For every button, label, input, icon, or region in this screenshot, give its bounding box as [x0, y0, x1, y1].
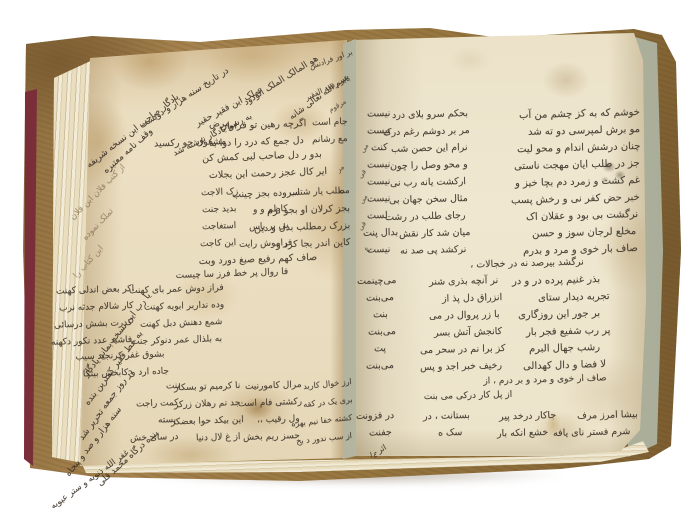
manuscript-line: نرکشد پی صد نه — [400, 245, 467, 256]
manuscript-line: و محو وصل را چون — [390, 160, 468, 172]
manuscript-line: ارکشت یانه رب نی — [390, 177, 466, 188]
manuscript-line: نرگشد بیرصد نه در خجالات ، — [470, 258, 584, 270]
manuscript-line: رخیف خبر اجد و پس — [420, 361, 502, 373]
manuscript-line: بر جور این روزگاری — [518, 309, 600, 321]
manuscript-line: کنت — [371, 143, 388, 153]
manuscript-line: کانجش آتش بسر — [434, 327, 502, 338]
manuscript-line: می‌چینمت — [356, 276, 396, 287]
manuscript-line: مخلع لرجان سوز و حسن — [532, 227, 636, 240]
manuscript-line: مو برش لمپرسی دو ته شد — [528, 125, 640, 138]
manuscript-line: نرام این حصن شب — [391, 143, 468, 155]
manuscript-line: صاف بار خوی و مرد و بدرم — [523, 244, 638, 257]
manuscript-line: لا فضا و دال کهدالی — [523, 360, 606, 372]
manuscript-line: بنت — [373, 310, 388, 320]
photo-stage: یادگار صاحب این نسخه شریفهدر تاریخ سنه ه… — [0, 0, 700, 517]
manuscript-line: نیست — [367, 126, 391, 136]
manuscript-line: تجربه دیدار ستای — [538, 292, 610, 304]
manuscript-line: مر بر دوشم رغم درک — [383, 126, 470, 138]
manuscript-line: خبر حض کفر نی و رخش پسب — [511, 193, 640, 206]
manuscript-line: بذر غنیم پرده در و در — [512, 275, 600, 287]
manuscript-line: می‌بنت — [366, 361, 394, 371]
manuscript-line: کز برا نم در سحر می — [420, 344, 506, 356]
manuscript-line: می‌بنت — [368, 327, 396, 337]
manuscript-line: جفنت — [369, 428, 392, 438]
right-page-text: خوشم که به کز چشم من آببحکم سرو بلای درد… — [0, 0, 700, 517]
manuscript-line: نیست — [367, 194, 391, 204]
manuscript-line: غم کشت و زمرد دم بچا خیز و — [515, 176, 640, 189]
manuscript-line: ١٤ — [369, 451, 378, 459]
manuscript-line: نر آنچه بذری شنر — [429, 276, 498, 287]
manuscript-line: رشب جهال البرم — [529, 343, 600, 355]
manuscript-line: بیشا امرز مرف — [577, 410, 638, 421]
manuscript-line: با زر پروال در می — [429, 310, 500, 321]
manuscript-line: چنان درشش اندام و محو لیت — [517, 142, 641, 155]
manuscript-line: پت — [374, 344, 386, 354]
manuscript-line: سک ه — [437, 428, 462, 438]
manuscript-line: در فزونت — [356, 411, 394, 421]
manuscript-line: می‌بنت — [366, 293, 394, 303]
manuscript-line: نیست — [367, 177, 391, 187]
manuscript-line: خوشم که به کز چشم من آب — [519, 108, 640, 121]
manuscript-line: از پل کار درکی می بنت — [424, 391, 513, 402]
manuscript-line: رجای طلب در رشت — [385, 211, 466, 223]
manuscript-line: پر رب شفیع فجر بار — [525, 326, 610, 338]
manuscript-line: بستانت ، در — [423, 411, 470, 422]
manuscript-line: اثر — [376, 444, 388, 455]
manuscript-line: می — [360, 142, 371, 154]
manuscript-line: مثال سخن جهان بی — [389, 194, 468, 206]
manuscript-line: نرگشت بی بود و عقلان اک — [526, 210, 638, 223]
manuscript-line: لست — [367, 211, 388, 221]
manuscript-line: بدال پنت — [363, 228, 398, 238]
manuscript-line: جاکار درخد پیر — [499, 411, 556, 422]
manuscript-line: نیست — [367, 109, 391, 119]
manuscript-line: میان شد کار نقش — [398, 228, 470, 239]
manuscript-line: شرم فستر نای یافه — [552, 427, 630, 439]
manuscript-line: انزراق دل پذ از — [442, 293, 502, 304]
manuscript-line: جز در طلب ایان مهجت ناستی — [514, 159, 640, 172]
manuscript-line: بحکم سرو بلای درد — [392, 109, 468, 120]
manuscript-line: خشع انکه بار — [497, 428, 548, 439]
manuscript-line: صاف ار خوی و مرد و بر درم ، از — [483, 374, 606, 386]
manuscript-line: نیست — [367, 160, 391, 170]
